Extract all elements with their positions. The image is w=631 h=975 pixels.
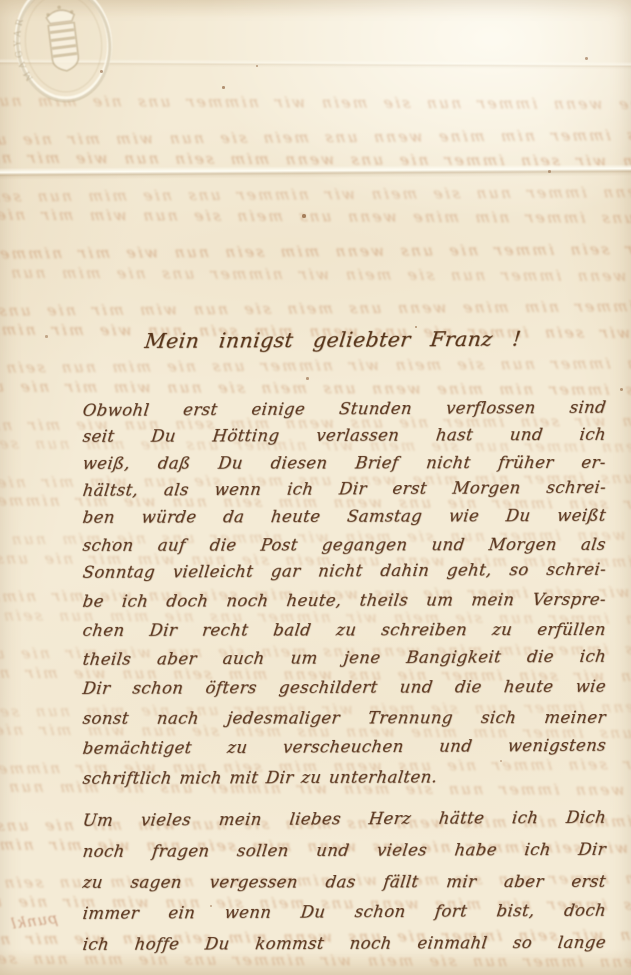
- letter-line: ich hoffe Du kommst noch einmahl so lang…: [82, 932, 608, 955]
- letter-line: schon auf die Post gegangen und Morgen a…: [81, 533, 607, 555]
- letter-line: chen Dir recht bald zu schreiben zu erfü…: [81, 619, 607, 641]
- letter-line: ben würde da heute Samstag wie Du weißt: [82, 505, 608, 528]
- letter-line: immer ein wenn Du schon fort bist, doch: [82, 900, 608, 924]
- letter-line: be ich doch noch heute, theils um mein V…: [82, 589, 608, 612]
- letter-line: Sonntag vielleicht gar nicht dahin geht,…: [82, 559, 608, 583]
- letter-line: sonst nach jedesmaliger Trennung sich me…: [81, 707, 607, 729]
- letter-line: theils aber auch um jene Bangigkeit die …: [82, 645, 608, 669]
- letter-line: weiß, daß Du diesen Brief nicht früher e…: [81, 452, 607, 474]
- letter-line: Um vieles mein liebes Herz hätte ich Dic…: [82, 807, 608, 831]
- letter-salutation: Mein innigst geliebter Franz !: [144, 329, 523, 352]
- letter-line: noch fragen sollen und vieles habe ich D…: [82, 839, 608, 862]
- letter-line: Obwohl erst einige Stunden verflossen si…: [82, 397, 608, 421]
- letter-line: hältst, als wenn ich Dir erst Morgen sch…: [82, 476, 608, 500]
- letter-body: Mein innigst geliebter Franz ! Obwohl er…: [0, 0, 631, 975]
- letter-line: schriftlich mich mit Dir zu unterhalten.: [82, 766, 608, 789]
- letter-line: bemächtiget zu verscheuchen und wenigste…: [82, 735, 608, 759]
- scanned-letter-page: nim uns mine wenn immer nun sie mein wir…: [0, 0, 631, 975]
- letter-line: seit Du Hötting verlassen hast und ich: [82, 424, 608, 447]
- letter-line: Dir schon öfters geschildert und die heu…: [82, 676, 608, 699]
- letter-line: zu sagen vergessen das fällt mir aber er…: [81, 871, 607, 893]
